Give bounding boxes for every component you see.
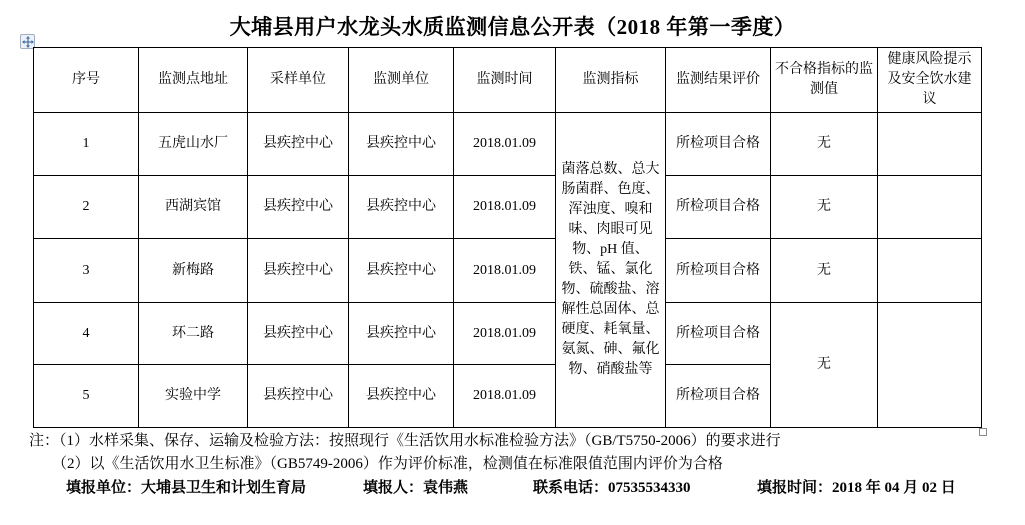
cell-serial[interactable]: 2 — [34, 176, 139, 239]
cell-date[interactable]: 2018.01.09 — [454, 365, 556, 428]
cell-health-tip[interactable] — [878, 113, 982, 176]
col-header-monitor-unit[interactable]: 监测单位 — [349, 48, 454, 113]
col-header-serial[interactable]: 序号 — [34, 48, 139, 113]
table-row: 2 西湖宾馆 县疾控中心 县疾控中心 2018.01.09 所检项目合格 无 — [34, 176, 982, 239]
col-header-address[interactable]: 监测点地址 — [139, 48, 248, 113]
table-resize-handle[interactable] — [979, 428, 987, 436]
col-header-date[interactable]: 监测时间 — [454, 48, 556, 113]
cell-address[interactable]: 五虎山水厂 — [139, 113, 248, 176]
page-title: 大埔县用户水龙头水质监测信息公开表（2018 年第一季度） — [0, 11, 1025, 41]
cell-date[interactable]: 2018.01.09 — [454, 239, 556, 303]
col-header-sampling-unit[interactable]: 采样单位 — [248, 48, 349, 113]
cell-monitor-unit[interactable]: 县疾控中心 — [349, 239, 454, 303]
cell-unqualified-value-merged[interactable]: 无 — [771, 303, 878, 428]
cell-sampling-unit[interactable]: 县疾控中心 — [248, 176, 349, 239]
cell-monitor-unit[interactable]: 县疾控中心 — [349, 113, 454, 176]
col-header-indicators[interactable]: 监测指标 — [556, 48, 666, 113]
col-header-health-tip[interactable]: 健康风险提示及安全饮水建议 — [878, 48, 982, 113]
table-row: 3 新梅路 县疾控中心 县疾控中心 2018.01.09 所检项目合格 无 — [34, 239, 982, 303]
contact-phone: 联系电话：07535534330 — [533, 476, 691, 497]
cell-monitor-unit[interactable]: 县疾控中心 — [349, 365, 454, 428]
cell-serial[interactable]: 4 — [34, 303, 139, 365]
col-header-unqualified-value[interactable]: 不合格指标的监测值 — [771, 48, 878, 113]
cell-address[interactable]: 实验中学 — [139, 365, 248, 428]
cell-result[interactable]: 所检项目合格 — [666, 365, 771, 428]
col-header-result[interactable]: 监测结果评价 — [666, 48, 771, 113]
cell-result[interactable]: 所检项目合格 — [666, 113, 771, 176]
cell-serial[interactable]: 3 — [34, 239, 139, 303]
cell-monitor-unit[interactable]: 县疾控中心 — [349, 176, 454, 239]
document-page: 大埔县用户水龙头水质监测信息公开表（2018 年第一季度） 序号 监测点地址 采… — [0, 0, 1025, 525]
filing-person: 填报人：袁伟燕 — [363, 476, 468, 497]
table-row: 1 五虎山水厂 县疾控中心 县疾控中心 2018.01.09 菌落总数、总大肠菌… — [34, 113, 982, 176]
header-row: 序号 监测点地址 采样单位 监测单位 监测时间 监测指标 监测结果评价 不合格指… — [34, 48, 982, 113]
cell-serial[interactable]: 1 — [34, 113, 139, 176]
cell-indicators-merged[interactable]: 菌落总数、总大肠菌群、色度、浑浊度、嗅和味、肉眼可见物、pH 值、铁、锰、氯化物… — [556, 113, 666, 428]
filing-unit: 填报单位：大埔县卫生和计划生育局 — [66, 476, 306, 497]
cell-unqualified-value[interactable]: 无 — [771, 176, 878, 239]
note-line-2: （2）以《生活饮用水卫生标准》（GB5749-2006）作为评价标准，检测值在标… — [52, 452, 723, 473]
filing-date: 填报时间：2018 年 04 月 02 日 — [757, 476, 956, 497]
cell-sampling-unit[interactable]: 县疾控中心 — [248, 303, 349, 365]
table-row: 4 环二路 县疾控中心 县疾控中心 2018.01.09 所检项目合格 无 — [34, 303, 982, 365]
cell-health-tip[interactable] — [878, 176, 982, 239]
cell-address[interactable]: 新梅路 — [139, 239, 248, 303]
cell-date[interactable]: 2018.01.09 — [454, 113, 556, 176]
cell-unqualified-value[interactable]: 无 — [771, 239, 878, 303]
cell-health-tip[interactable] — [878, 239, 982, 303]
cell-monitor-unit[interactable]: 县疾控中心 — [349, 303, 454, 365]
water-quality-table: 序号 监测点地址 采样单位 监测单位 监测时间 监测指标 监测结果评价 不合格指… — [33, 47, 982, 428]
cell-sampling-unit[interactable]: 县疾控中心 — [248, 365, 349, 428]
cell-result[interactable]: 所检项目合格 — [666, 176, 771, 239]
cell-health-tip-merged[interactable] — [878, 303, 982, 428]
cell-result[interactable]: 所检项目合格 — [666, 303, 771, 365]
filing-info-line: 填报单位：大埔县卫生和计划生育局 填报人：袁伟燕 联系电话：0753553433… — [0, 476, 1025, 498]
cell-address[interactable]: 西湖宾馆 — [139, 176, 248, 239]
cell-serial[interactable]: 5 — [34, 365, 139, 428]
cell-sampling-unit[interactable]: 县疾控中心 — [248, 113, 349, 176]
cell-date[interactable]: 2018.01.09 — [454, 303, 556, 365]
cell-unqualified-value[interactable]: 无 — [771, 113, 878, 176]
note-line-1: 注：（1）水样采集、保存、运输及检验方法：按照现行《生活饮用水标准检验方法》（G… — [29, 429, 781, 450]
cell-result[interactable]: 所检项目合格 — [666, 239, 771, 303]
cell-date[interactable]: 2018.01.09 — [454, 176, 556, 239]
table-move-icon — [22, 36, 34, 48]
cell-sampling-unit[interactable]: 县疾控中心 — [248, 239, 349, 303]
cell-address[interactable]: 环二路 — [139, 303, 248, 365]
